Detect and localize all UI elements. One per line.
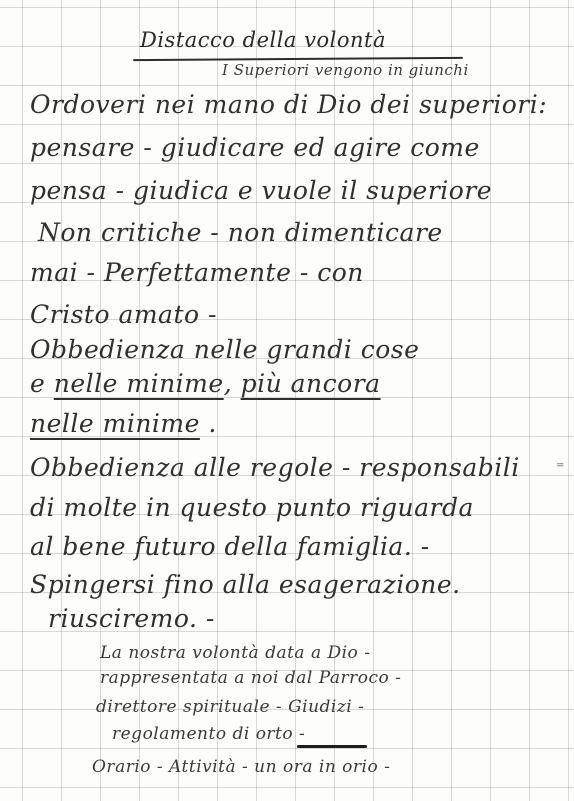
- comma: ,: [224, 369, 241, 398]
- interlinear-note: I Superiori vengono in giunchi: [222, 61, 469, 79]
- body-line: pensa - giudica e vuole il superiore: [30, 176, 492, 205]
- body-line: riusciremo. -: [48, 604, 215, 633]
- line-prefix: e: [30, 369, 54, 398]
- period: .: [200, 409, 217, 438]
- body-line: Cristo amato -: [30, 300, 217, 329]
- note-line: direttore spirituale - Giudizi -: [96, 697, 364, 717]
- body-line: Spingersi fino alla esagerazione.: [30, 570, 461, 599]
- body-line: Non critiche - non dimenticare: [38, 218, 443, 247]
- note-line: regolamento di orto -: [112, 724, 305, 744]
- body-line: Obbedienza alle regole - responsabili: [30, 453, 520, 482]
- handwritten-page: Distacco della volontà I Superiori vengo…: [0, 0, 574, 801]
- note-line: La nostra volontà data a Dio -: [100, 643, 370, 663]
- note-underline: [297, 745, 367, 748]
- body-line: Ordoveri nei mano di Dio dei superiori:: [30, 90, 547, 119]
- body-line: mai - Perfettamente - con: [30, 258, 364, 287]
- body-line-underlined: nelle minime .: [30, 409, 217, 438]
- body-line: al bene futuro della famiglia. -: [30, 532, 430, 561]
- underlined-phrase: nelle minime: [30, 409, 200, 438]
- note-line: Orario - Attività - un ora in orio -: [92, 757, 390, 777]
- margin-mark: ⁼: [556, 458, 564, 477]
- body-line-underlined: e nelle minime, più ancora: [30, 369, 381, 398]
- body-line: di molte in questo punto riguarda: [30, 493, 474, 522]
- underlined-phrase: nelle minime: [54, 369, 224, 398]
- underlined-phrase: più ancora: [241, 369, 381, 398]
- note-line: rappresentata a noi dal Parroco -: [100, 668, 401, 688]
- page-title: Distacco della volontà: [140, 28, 386, 52]
- body-line: pensare - giudicare ed agire come: [30, 133, 480, 162]
- body-line: Obbedienza nelle grandi cose: [30, 335, 419, 364]
